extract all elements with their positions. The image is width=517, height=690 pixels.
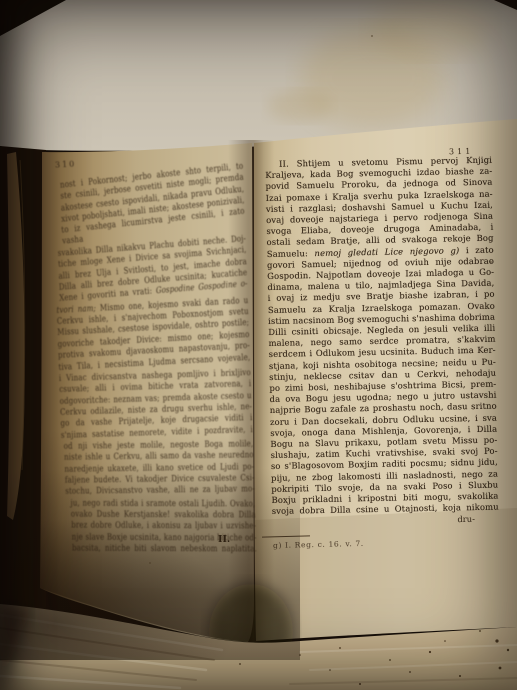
right-page-bottom-shade	[254, 508, 517, 641]
left-page-number: 310	[55, 159, 77, 169]
signature-mark: II.	[218, 534, 230, 545]
text-line: ju, nego radi stida i sramote ostali Lju…	[70, 498, 255, 510]
right-page-text: II. Shtijem u svetomu Pismu pervoj Knjig…	[265, 155, 499, 518]
book-photo: 310 311 nost i Pokornost; jerbo akoste s…	[0, 0, 517, 690]
left-page-text: nost i Pokornost; jerbo akoste shto terp…	[52, 174, 257, 555]
paper-stain	[268, 90, 332, 122]
text-line: stochu, Divicsanstvo vashe, alli ne za l…	[65, 485, 255, 499]
text-line: bacsita, nitiche biti slavom nebeskom na…	[72, 544, 257, 556]
text-line: brez dobre Odluke, i akonisu za ljubav i…	[71, 521, 256, 533]
paper-stain	[370, 0, 490, 58]
